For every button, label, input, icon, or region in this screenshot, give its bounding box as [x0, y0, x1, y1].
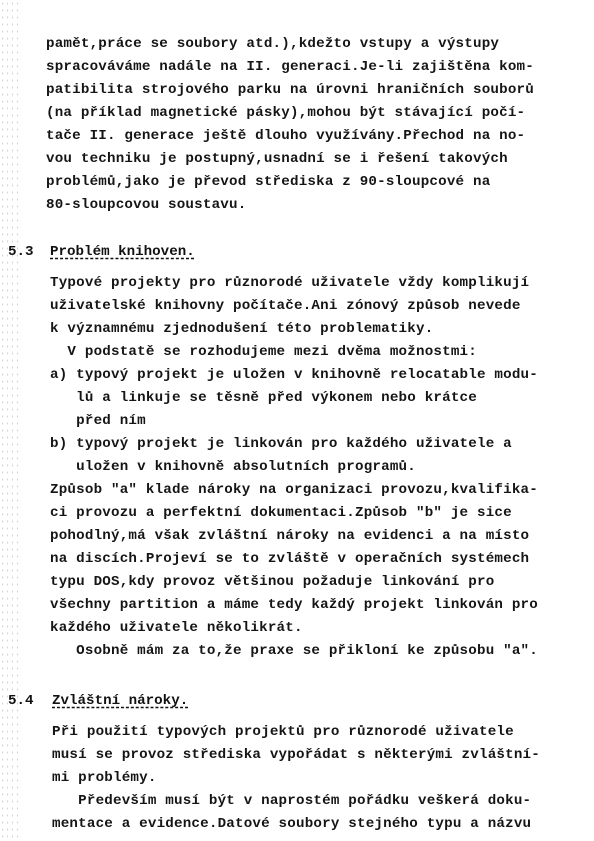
text-line: uložen v knihovně absolutních programů.: [50, 459, 416, 475]
text-line: k významnému zjednodušení této problemat…: [50, 321, 433, 337]
text-line: mentace a evidence.Datové soubory stejné…: [52, 816, 531, 832]
text-line: spracováváme nadále na II. generaci.Je-l…: [46, 59, 534, 75]
section-title: Problém knihoven.: [50, 244, 195, 260]
text-line: Osobně mám za to,že praxe se přikloní ke…: [50, 643, 538, 659]
text-line: patibilita strojového parku na úrovni hr…: [46, 82, 534, 98]
text-line: musí se provoz střediska vypořádat s něk…: [52, 747, 540, 763]
text-line: všechny partition a máme tedy každý proj…: [50, 597, 538, 613]
text-line: tače II. generace ještě dlouho využívány…: [46, 128, 525, 144]
text-line: každého uživatele několikrát.: [50, 620, 303, 636]
text-line: (na příklad magnetické pásky),mohou být …: [46, 105, 525, 121]
list-item-b: b) typový projekt je linkován pro každéh…: [50, 436, 512, 452]
text-line: před ním: [50, 413, 146, 429]
text-line: ci provozu a perfektní dokumentaci.Způso…: [50, 505, 512, 521]
scan-noise-margin: [0, 0, 22, 841]
section-number: 5.4: [8, 693, 34, 709]
text-line: pohodlný,má však zvláštní nároky na evid…: [50, 528, 529, 544]
text-line: Při použití typových projektů pro různor…: [52, 724, 514, 740]
text-line: vou techniku je postupný,usnadní se i ře…: [46, 151, 508, 167]
text-line: na discích.Projeví se to zvláště v opera…: [50, 551, 529, 567]
text-line: lů a linkuje se těsně před výkonem nebo …: [50, 390, 477, 406]
text-line: Typové projekty pro různorodé uživatele …: [50, 275, 529, 291]
text-line: Především musí být v naprostém pořádku v…: [52, 793, 531, 809]
text-line: V podstatě se rozhodujeme mezi dvěma mož…: [50, 344, 477, 360]
text-line: problémů,jako je převod střediska z 90-s…: [46, 174, 490, 190]
section-title: Zvláštní nároky.: [52, 693, 188, 709]
text-line: mi problémy.: [52, 770, 157, 786]
scanned-page: pamět,práce se soubory atd.),kdežto vstu…: [0, 0, 594, 841]
text-line: Způsob "a" klade nároky na organizaci pr…: [50, 482, 538, 498]
section-number: 5.3: [8, 244, 34, 260]
text-line: 80-sloupcovou soustavu.: [46, 197, 246, 213]
text-line: pamět,práce se soubory atd.),kdežto vstu…: [46, 36, 499, 52]
text-line: typu DOS,kdy provoz většinou požaduje li…: [50, 574, 494, 590]
list-item-a: a) typový projekt je uložen v knihovně r…: [50, 367, 538, 383]
text-line: uživatelské knihovny počítače.Ani zónový…: [50, 298, 521, 314]
